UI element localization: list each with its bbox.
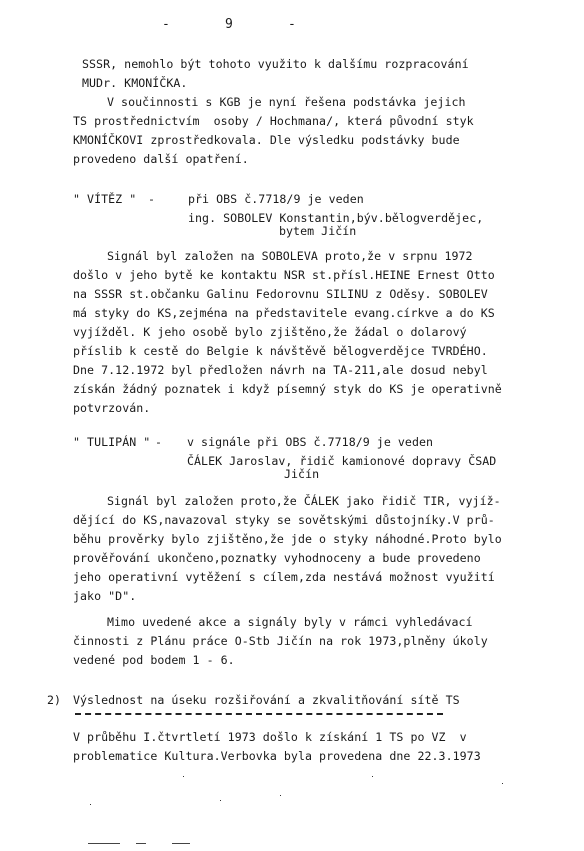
- text-line: V průběhu I.čtvrtletí 1973 došlo k získá…: [73, 730, 467, 744]
- text-line: Signál byl založen proto,že ČÁLEK jako ř…: [107, 494, 501, 508]
- text-line: získán žádný poznatek i když písemný sty…: [73, 382, 502, 396]
- dash: -: [148, 192, 155, 206]
- text-line: vedené pod bodem 1 - 6.: [73, 653, 235, 667]
- text-line: činnosti z Plánu práce O-Stb Jičín na ro…: [73, 634, 488, 648]
- text-line: provedeno další opatření.: [73, 152, 249, 166]
- text-line: potvrzován.: [73, 401, 150, 415]
- text-line: prověřování ukončeno,poznatky vyhodnocen…: [73, 551, 481, 565]
- text-line: jeho operativní vytěžení s cílem,zda nes…: [73, 570, 495, 584]
- text-line: jako "D".: [73, 589, 136, 603]
- code-name-tulipan: " TULIPÁN ": [73, 435, 150, 449]
- section-heading: Výslednost na úseku rozšiřování a zkvali…: [73, 693, 460, 707]
- text-line: V součinnosti s KGB je nyní řešena podst…: [107, 95, 466, 109]
- text-line: SSSR, nemohlo být tohoto využito k další…: [82, 57, 469, 71]
- text-line: ČÁLEK Jaroslav, řidič kamionové dopravy …: [187, 454, 496, 468]
- text-line: na SSSR st.občanku Galinu Fedorovnu SILI…: [73, 287, 488, 301]
- text-line: MUDr. KMONÍČKA.: [82, 76, 187, 90]
- code-name-vitez: " VÍTĚZ ": [73, 192, 136, 206]
- text-line: běhu prověrky bylo zjištěno,že jde o sty…: [73, 532, 502, 546]
- page-number: - 9 -: [162, 18, 296, 32]
- text-line: bytem Jičín: [279, 224, 356, 238]
- scan-speck: [502, 783, 503, 784]
- scan-speck: [90, 804, 91, 805]
- text-line: Mimo uvedené akce a signály byly v rámci…: [107, 615, 473, 629]
- text-line: došlo v jeho bytě ke kontaktu NSR st.pří…: [73, 268, 495, 282]
- text-line: Signál byl založen na SOBOLEVA proto,že …: [107, 249, 473, 263]
- scan-speck: [372, 776, 373, 777]
- scan-speck: [220, 800, 221, 801]
- text-line: v signále při OBS č.7718/9 je veden: [187, 435, 433, 449]
- text-line: Dne 7.12.1972 byl předložen návrh na TA-…: [73, 363, 488, 377]
- text-line: při OBS č.7718/9 je veden: [188, 192, 364, 206]
- text-line: problematice Kultura.Verbovka byla prove…: [73, 749, 481, 763]
- document-page: - 9 - SSSR, nemohlo být tohoto využito k…: [0, 0, 584, 851]
- section-number: 2): [47, 693, 61, 707]
- scan-mark: [172, 843, 190, 844]
- scan-mark: [88, 843, 120, 844]
- text-line: příslib k cestě do Belgie k návštěvě běl…: [73, 344, 488, 358]
- scan-speck: [280, 795, 281, 796]
- scan-speck: [183, 776, 184, 777]
- dash: -: [155, 435, 162, 449]
- text-line: KMONÍČKOVI zprostředkovala. Dle výsledku…: [73, 133, 460, 147]
- text-line: Jičín: [284, 467, 319, 481]
- heading-underline: [75, 713, 443, 715]
- text-line: vyjížděl. K jeho osobě bylo zjištěno,že …: [73, 325, 467, 339]
- scan-mark: [136, 843, 146, 844]
- text-line: dějící do KS,navazoval styky se sovětský…: [73, 513, 495, 527]
- text-line: TS prostřednictvím osoby / Hochmana/, kt…: [73, 114, 474, 128]
- text-line: ing. SOBOLEV Konstantin,býv.bělogverděje…: [188, 211, 483, 225]
- text-line: má styky do KS,zejména na představitele …: [73, 306, 495, 320]
